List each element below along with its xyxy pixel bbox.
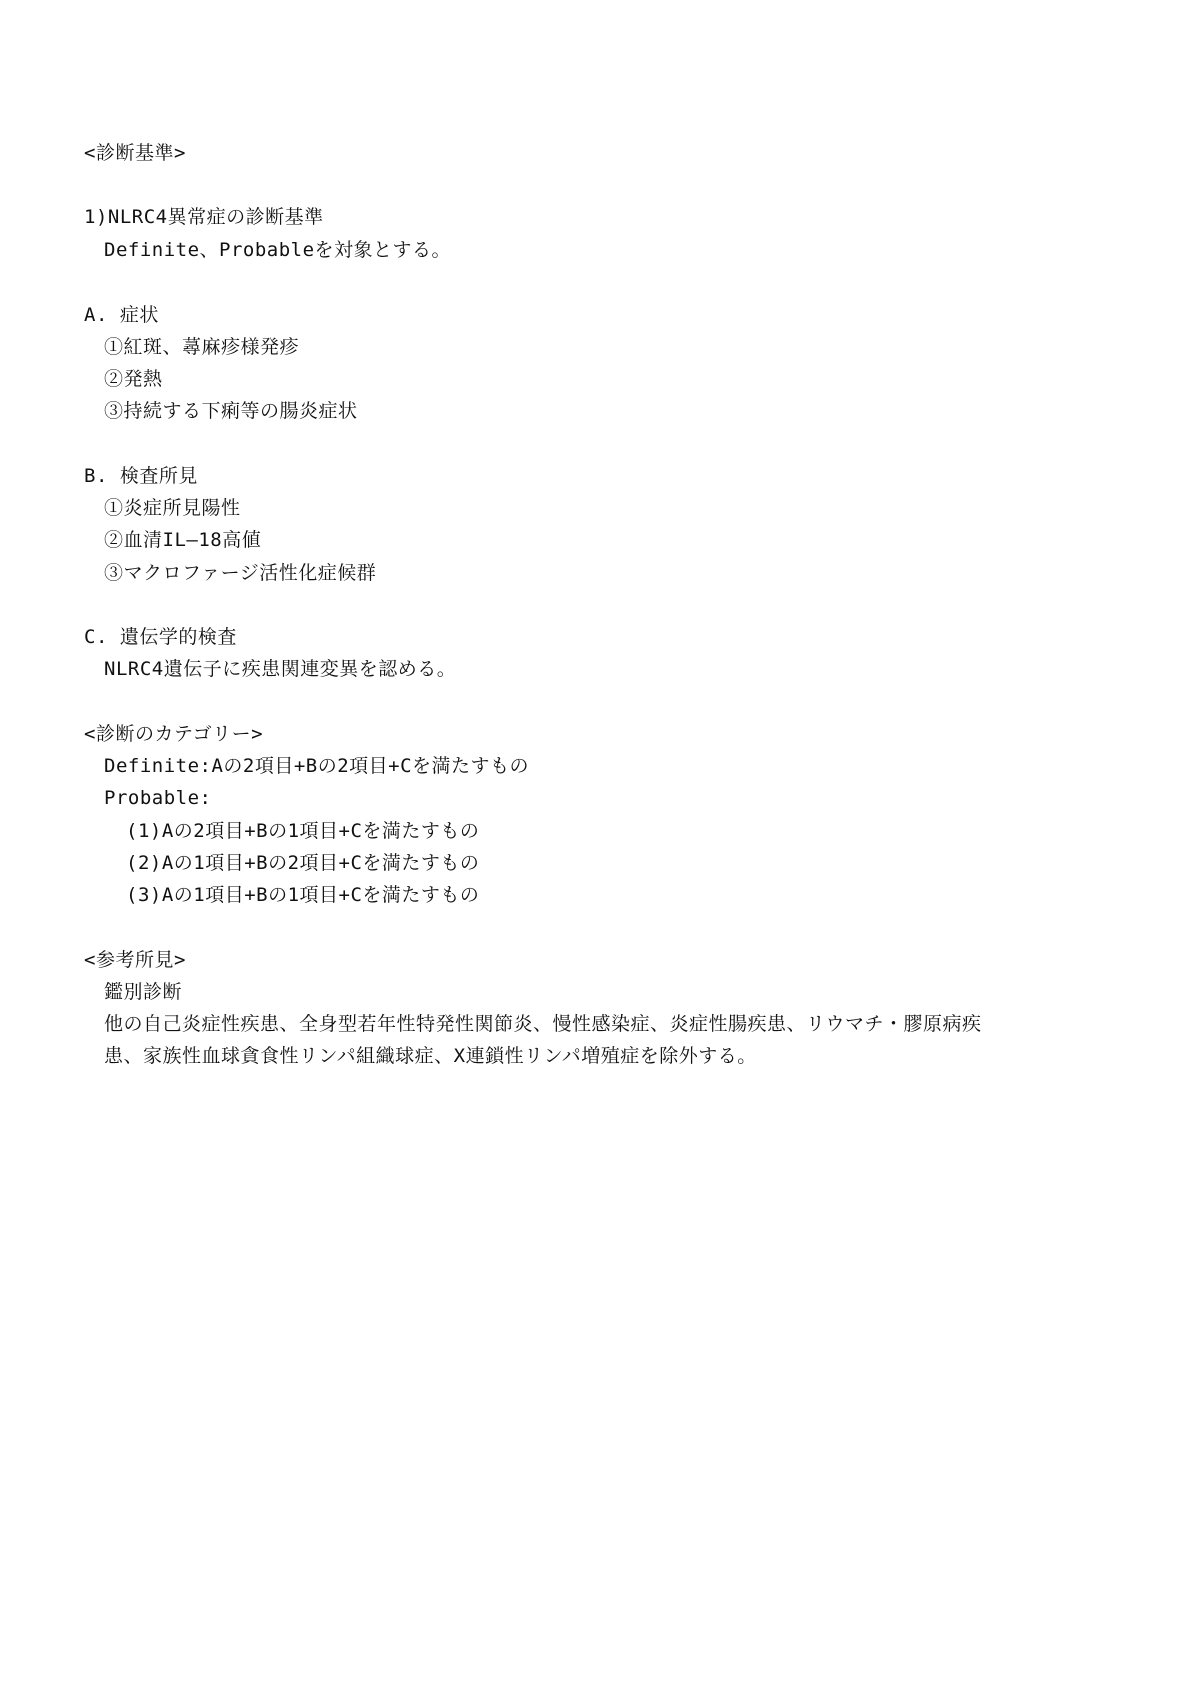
section-c-text: NLRC4遺伝子に疾患関連変異を認める。 bbox=[104, 657, 456, 681]
category-probable-item: (3)Aの1項目+Bの1項目+Cを満たすもの bbox=[126, 883, 479, 907]
category-probable-label: Probable: bbox=[104, 786, 211, 810]
section-a-item: ③持続する下痢等の腸炎症状 bbox=[104, 399, 358, 423]
section-a-item: ②発熱 bbox=[104, 367, 163, 391]
category-heading: <診断のカテゴリー> bbox=[84, 722, 263, 746]
reference-subheading: 鑑別診断 bbox=[104, 980, 182, 1004]
reference-text-line2: 患、家族性血球貪食性リンパ組織球症、X連鎖性リンパ増殖症を除外する。 bbox=[104, 1044, 757, 1068]
reference-heading: <参考所見> bbox=[84, 948, 186, 972]
section1-title: 1)NLRC4異常症の診断基準 bbox=[84, 205, 324, 229]
section-b-item: ②血清IL―18高値 bbox=[104, 528, 261, 552]
section-b-item: ①炎症所見陽性 bbox=[104, 496, 241, 520]
section1-scope: Definite、Probableを対象とする。 bbox=[104, 238, 451, 262]
section-b-title: B. 検査所見 bbox=[84, 464, 198, 488]
section-a-item: ①紅斑、蕁麻疹様発疹 bbox=[104, 335, 299, 359]
section-c-title: C. 遺伝学的検査 bbox=[84, 625, 237, 649]
category-definite: Definite:Aの2項目+Bの2項目+Cを満たすもの bbox=[104, 754, 529, 778]
category-probable-item: (2)Aの1項目+Bの2項目+Cを満たすもの bbox=[126, 851, 479, 875]
category-probable-item: (1)Aの2項目+Bの1項目+Cを満たすもの bbox=[126, 819, 479, 843]
heading-criteria: <診断基準> bbox=[84, 141, 186, 165]
reference-text-line1: 他の自己炎症性疾患、全身型若年性特発性関節炎、慢性感染症、炎症性腸疾患、リウマチ… bbox=[104, 1012, 982, 1036]
section-b-item: ③マクロファージ活性化症候群 bbox=[104, 561, 376, 585]
section-a-title: A. 症状 bbox=[84, 303, 159, 327]
